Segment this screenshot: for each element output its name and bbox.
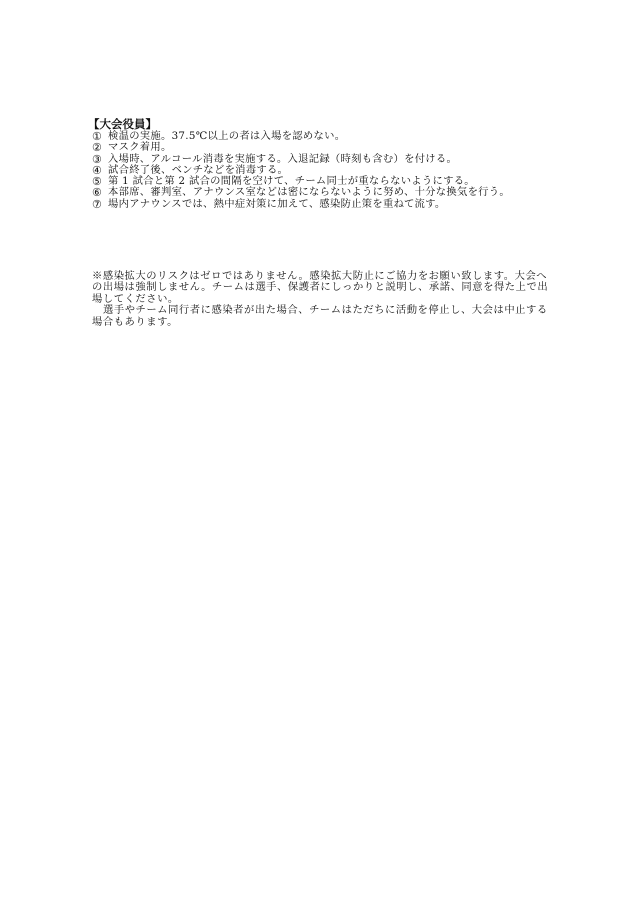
item-number: ⑦ — [92, 199, 108, 210]
notice-paragraph: 選手やチーム同行者に感染者が出た場合、チームはただちに活動を停止し、大会は中止す… — [92, 305, 552, 328]
item-number: ② — [92, 142, 108, 153]
document-page: 【大会役員】 ① 検温の実施。37.5℃以上の者は入場を認めない。 ② マスク着… — [0, 0, 640, 905]
officials-section: 【大会役員】 ① 検温の実施。37.5℃以上の者は入場を認めない。 ② マスク着… — [92, 118, 552, 210]
item-text: マスク着用。 — [108, 142, 552, 153]
list-item: ② マスク着用。 — [92, 142, 552, 153]
notice-paragraph: ※感染拡大のリスクはゼロではありません。感染拡大防止にご協力をお願い致します。大… — [92, 271, 552, 305]
item-text: 場内アナウンスでは、熱中症対策に加えて、感染防止策を重ねて流す。 — [108, 199, 552, 210]
notice-section: ※感染拡大のリスクはゼロではありません。感染拡大防止にご協力をお願い致します。大… — [92, 271, 552, 328]
list-item: ⑦ 場内アナウンスでは、熱中症対策に加えて、感染防止策を重ねて流す。 — [92, 199, 552, 210]
item-text: 検温の実施。37.5℃以上の者は入場を認めない。 — [108, 131, 552, 142]
